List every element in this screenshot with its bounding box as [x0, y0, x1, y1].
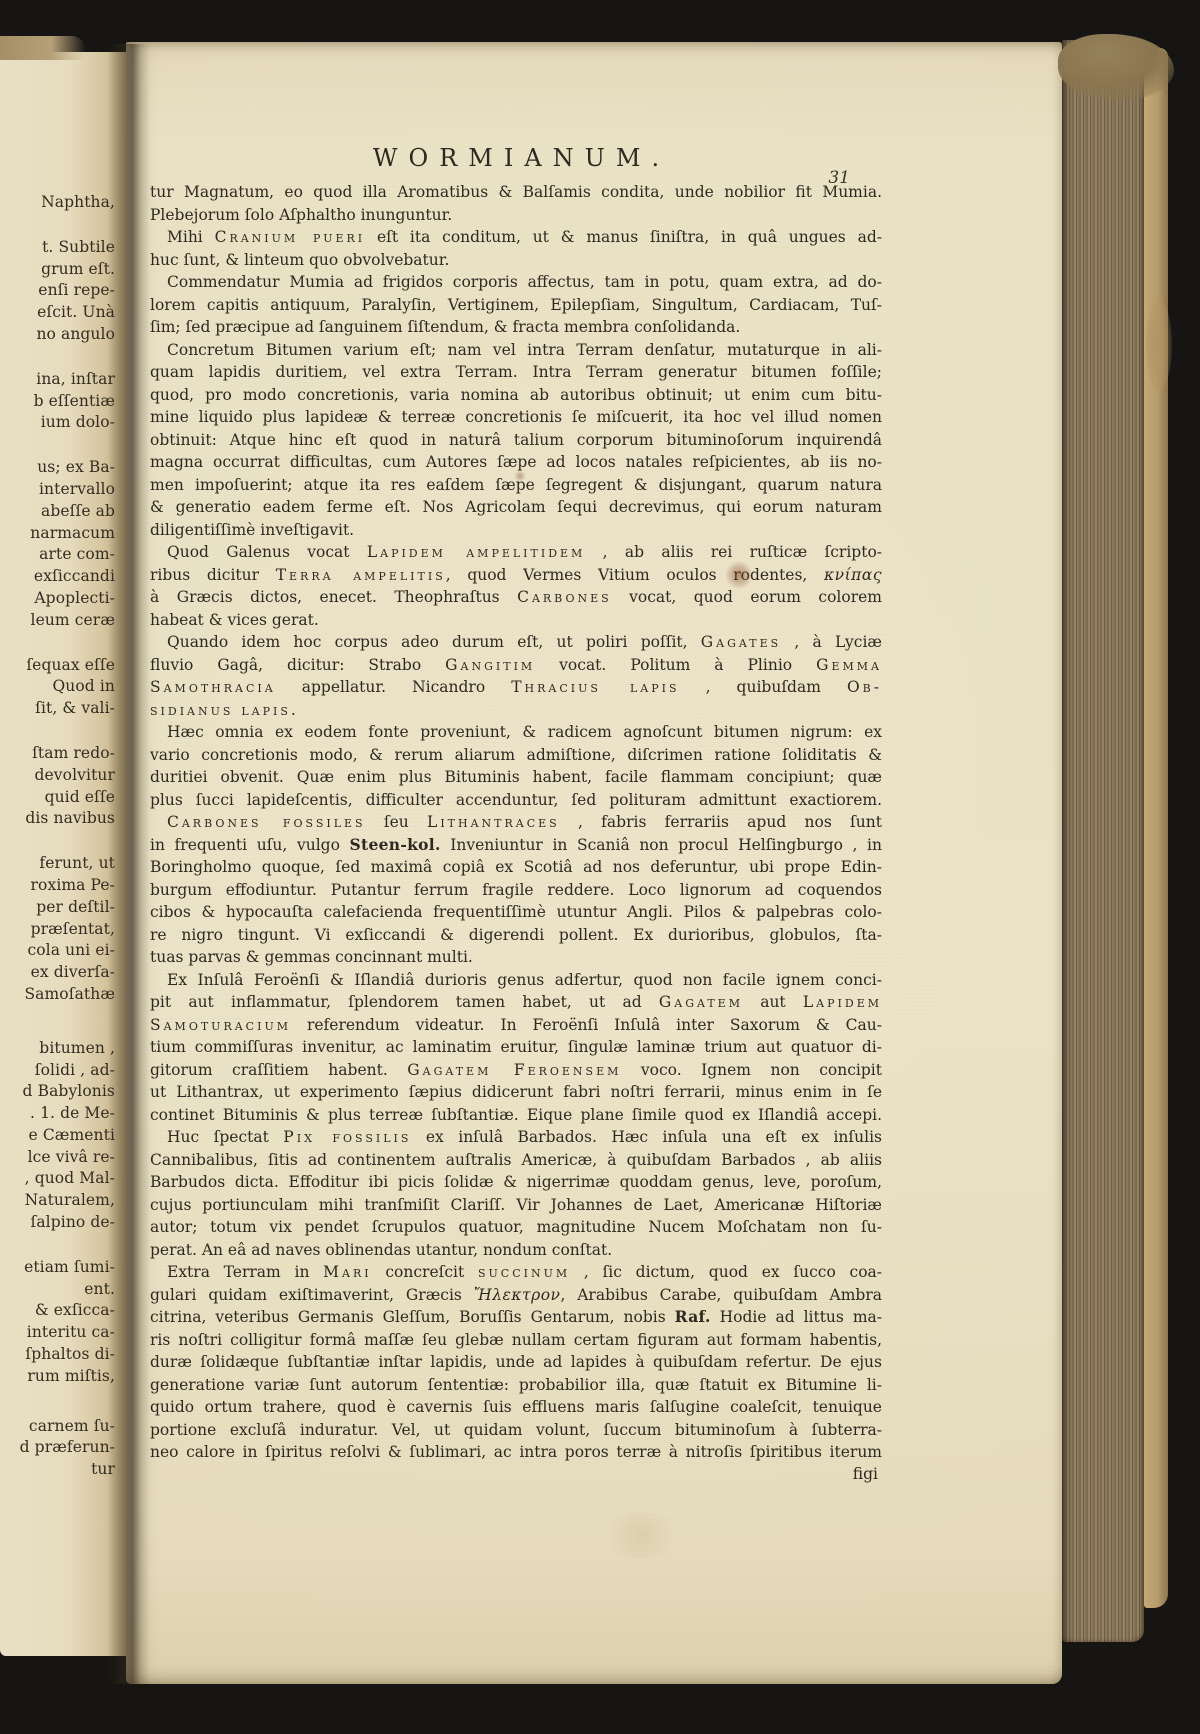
text-segment: , ſic dictum, quod ex ſucco coa-	[570, 1263, 882, 1281]
text-line: quam lapidis duritiem, vel extra Terram.…	[150, 361, 882, 384]
margin-fragment-group: carnem ſu-d præferun-tur	[0, 1416, 115, 1481]
text-segment: quido ortum trahere, quod è cavernis ſui…	[150, 1398, 882, 1416]
text-line: Concretum Bitumen varium eſt; nam vel in…	[150, 339, 882, 362]
text-segment: diligentiſſimè inveſtigavit.	[150, 521, 354, 539]
text-segment: aut	[743, 993, 803, 1011]
text-line: neo calore in ſpiritus reſolvi & ſublima…	[150, 1441, 882, 1464]
text-line: in frequenti uſu, vulgo Steen-kol. Inven…	[150, 834, 882, 857]
margin-fragment-group: ferunt, utroxima Pe-per deſtil-præſentat…	[0, 853, 115, 1006]
text-line: cujus portiunculam mihi tranſmiſit Clari…	[150, 1194, 882, 1217]
margin-fragment-line: , quod Mal-	[0, 1168, 115, 1190]
text-line: continet Bituminis & plus terreæ ſubſtan…	[150, 1104, 882, 1127]
text-segment: & generatio eadem ferme eſt. Nos Agricol…	[150, 498, 882, 516]
sc-text: Pix fossilis	[283, 1128, 411, 1146]
margin-fragment-line: præſentat,	[0, 919, 115, 941]
text-line: men impoſuerint; atque ita res eaſdem ſæ…	[150, 474, 882, 497]
text-segment: ſeu	[366, 813, 427, 831]
text-segment: Mihi	[167, 228, 215, 246]
text-segment: citrina, veteribus Germanis Gleſſum, Bor…	[150, 1308, 675, 1326]
margin-fragment-line: ina, inſtar	[0, 369, 115, 391]
margin-fragment-line: Apoplecti-	[0, 588, 115, 610]
text-line: à Græcis dictos, enecet. Theophraſtus Ca…	[150, 586, 882, 609]
text-line: lorem capitis antiquum, Paralyſin, Verti…	[150, 294, 882, 317]
text-segment: referendum videatur. In Feroënſi Inſulâ …	[291, 1016, 882, 1034]
worn-edge-patch	[1146, 300, 1172, 390]
text-segment: tur Magnatum, eo quod illa Aromatibus & …	[150, 183, 882, 201]
facing-page-text-column: Naphtha,t. Subtilegrum eſt.enſi repe-eſc…	[0, 192, 115, 1481]
sc-text: Lapidem	[803, 993, 882, 1011]
margin-fragment-line: quid eſſe	[0, 787, 115, 809]
margin-fragment-line: ſit, & vali-	[0, 698, 115, 720]
text-segment: obtinuit: Atque hinc eſt quod in naturâ …	[150, 431, 882, 449]
margin-fragment-line: ex diverſa-	[0, 962, 115, 984]
text-line: tium commiſſuras invenitur, ac laminatim…	[150, 1036, 882, 1059]
text-line: gulari quidam exiſtimaverint, Græcis Ἤλε…	[150, 1284, 882, 1307]
text-line: tuas parvas & gemmas concinnant multi.	[150, 946, 882, 969]
text-line: ribus dicitur Terra ampelitis, quod Verm…	[150, 564, 882, 587]
margin-fragment-line: bitumen ,	[0, 1038, 115, 1060]
sc-text: Gagates	[701, 633, 781, 651]
margin-fragment-line: intervallo	[0, 479, 115, 501]
sc-text: sidianus lapis.	[150, 701, 299, 719]
margin-fragment-group: ſtam redo-devolviturquid eſſedis navibus	[0, 743, 115, 830]
text-line: re nigro tingunt. Vi exſiccandi & digere…	[150, 924, 882, 947]
margin-fragment-group: bitumen ,ſolidi , ad-d Babylonis. 1. de …	[0, 1038, 115, 1234]
text-line: Huc ſpectat Pix fossilis ex inſulâ Barba…	[150, 1126, 882, 1149]
book-photo: Naphtha,t. Subtilegrum eſt.enſi repe-eſc…	[0, 0, 1200, 1734]
sc-text: Terra ampelitis	[276, 566, 446, 584]
text-line: Quando idem hoc corpus adeo durum eſt, u…	[150, 631, 882, 654]
margin-fragment-group: Naphtha,	[0, 192, 115, 214]
text-line: Carbones fossiles ſeu Lithantraces , fab…	[150, 811, 882, 834]
margin-fragment-line: ium dolo-	[0, 412, 115, 434]
sc-text: Thracius lapis	[511, 678, 679, 696]
text-line: pit aut inflammatur, ſplendorem tamen ha…	[150, 991, 882, 1014]
text-line: ſim; ſed præcipue ad ſanguinem ſiſtendum…	[150, 316, 882, 339]
text-line: duritiei obvenit. Quæ enim plus Bitumini…	[150, 766, 882, 789]
text-segment: vocat, quod eorum colorem	[612, 588, 882, 606]
text-segment: ribus dicitur	[150, 566, 276, 584]
book-page: WORMIANUM. 31 tur Magnatum, eo quod illa…	[126, 42, 1062, 1684]
text-line: mine liquido plus lapideæ & terreæ concr…	[150, 406, 882, 429]
sc-text: Gangitim	[445, 656, 535, 674]
text-line: Mihi Cranium pueri eſt ita conditum, ut …	[150, 226, 882, 249]
margin-fragment-line: e Cæmenti	[0, 1125, 115, 1147]
text-segment: Ex Inſulâ Feroënſi & Iſlandiâ durioris g…	[167, 971, 882, 989]
text-line: gitorum craſſitiem habent. Gagatem Feroe…	[150, 1059, 882, 1082]
text-segment: lorem capitis antiquum, Paralyſin, Verti…	[150, 296, 882, 314]
margin-fragment-line: no angulo	[0, 324, 115, 346]
text-line: fluvio Gagâ, dicitur: Strabo Gangitim vo…	[150, 654, 882, 677]
sc-text: Carbones fossiles	[167, 813, 366, 831]
margin-fragment-line: narmacum	[0, 523, 115, 545]
text-segment: Hæc omnia ex eodem fonte proveniunt, & r…	[167, 723, 882, 741]
text-segment: Plebejorum ſolo Aſphaltho inunguntur.	[150, 206, 452, 224]
text-segment: portione excluſâ induratur. Vel, ut quid…	[150, 1421, 882, 1439]
text-line: perat. An eâ ad naves oblinendas utantur…	[150, 1239, 882, 1262]
margin-fragment-group: t. Subtilegrum eſt.enſi repe-eſcit. Unàn…	[0, 237, 115, 346]
text-segment: tium commiſſuras invenitur, ac laminatim…	[150, 1038, 882, 1056]
text-segment: Extra Terram in	[167, 1263, 323, 1281]
margin-fragment-line: roxima Pe-	[0, 875, 115, 897]
margin-fragment-line: devolvitur	[0, 765, 115, 787]
text-line: burgum effodiuntur. Putantur ferrum frag…	[150, 879, 882, 902]
text-segment: in frequenti uſu, vulgo	[150, 836, 350, 854]
text-line: Hæc omnia ex eodem fonte proveniunt, & r…	[150, 721, 882, 744]
text-line: & generatio eadem ferme eſt. Nos Agricol…	[150, 496, 882, 519]
text-segment: burgum effodiuntur. Putantur ferrum frag…	[150, 881, 882, 899]
text-line: obtinuit: Atque hinc eſt quod in naturâ …	[150, 429, 882, 452]
sc-text: Gagatem	[659, 993, 743, 1011]
text-line: Quod Galenus vocat Lapidem ampelitidem ,…	[150, 541, 882, 564]
text-segment: concreſcit	[372, 1263, 478, 1281]
margin-fragment-line: ſequax eſſe	[0, 655, 115, 677]
text-segment: , fabris ferrariis apud nos ſunt	[560, 813, 882, 831]
text-line: citrina, veteribus Germanis Gleſſum, Bor…	[150, 1306, 882, 1329]
text-line: duræ ſolidæque ſubſtantiæ inſtar lapidis…	[150, 1351, 882, 1374]
margin-fragment-line: rum miſtis,	[0, 1366, 115, 1388]
text-line: diligentiſſimè inveſtigavit.	[150, 519, 882, 542]
facing-page-edge: Naphtha,t. Subtilegrum eſt.enſi repe-eſc…	[0, 52, 126, 1656]
margin-fragment-line: ſtam redo-	[0, 743, 115, 765]
margin-fragment-line: leum ceræ	[0, 610, 115, 632]
text-segment: , quod Vermes Vitium oculos rodentes,	[446, 566, 824, 584]
margin-fragment-line: ſolidi , ad-	[0, 1060, 115, 1082]
margin-fragment-group: ſequax eſſeQuod inſit, & vali-	[0, 655, 115, 720]
text-line: Samothracia appellatur. Nicandro Thraciu…	[150, 676, 882, 699]
text-segment: mine liquido plus lapideæ & terreæ concr…	[150, 408, 882, 426]
text-segment: ſim; ſed præcipue ad ſanguinem ſiſtendum…	[150, 318, 740, 336]
sc-text: Gagatem Feroensem	[407, 1061, 621, 1079]
text-line: sidianus lapis.	[150, 699, 882, 722]
page-text: tur Magnatum, eo quod illa Aromatibus & …	[150, 181, 882, 1464]
paper-stain	[596, 1512, 686, 1558]
text-segment: continet Bituminis & plus terreæ ſubſtan…	[150, 1106, 882, 1124]
text-line: autor; totum vix pendet ſcrupulos quatuo…	[150, 1216, 882, 1239]
text-segment: duritiei obvenit. Quæ enim plus Bitumini…	[150, 768, 882, 786]
frak-text: Raf.	[675, 1307, 711, 1326]
text-segment: re nigro tingunt. Vi exſiccandi & digere…	[150, 926, 882, 944]
text-line: huc ſunt, & linteum quo obvolvebatur.	[150, 249, 882, 272]
text-segment: Commendatur Mumia ad frigidos corporis a…	[167, 273, 882, 291]
text-line: plus ſucci lapideſcentis, difficulter ac…	[150, 789, 882, 812]
text-line: habeat & vices gerat.	[150, 609, 882, 632]
text-segment: Huc ſpectat	[167, 1128, 283, 1146]
text-line: Extra Terram in Mari concreſcit succinum…	[150, 1261, 882, 1284]
text-line: Ex Inſulâ Feroënſi & Iſlandiâ durioris g…	[150, 969, 882, 992]
sc-text: Ob-	[847, 678, 882, 696]
text-segment: ris noſtri colligitur formâ maſſæ ſeu gl…	[150, 1331, 882, 1349]
text-segment: gitorum craſſitiem habent.	[150, 1061, 407, 1079]
margin-fragment-line: Quod in	[0, 676, 115, 698]
margin-fragment-line: us; ex Ba-	[0, 457, 115, 479]
text-segment: , à Lyciæ	[781, 633, 882, 651]
greek-text: κνίπας	[824, 566, 882, 584]
margin-fragment-line: enſi repe-	[0, 280, 115, 302]
text-segment: Quod Galenus vocat	[167, 543, 367, 561]
text-segment: Concretum Bitumen varium eſt; nam vel in…	[167, 341, 882, 359]
text-line: Samoturacium referendum videatur. In Fer…	[150, 1014, 882, 1037]
margin-fragment-line: ent.	[0, 1279, 115, 1301]
margin-fragment-line: & exſicca-	[0, 1300, 115, 1322]
text-line: ut Lithantrax, ut experimento ſæpius did…	[150, 1081, 882, 1104]
outer-page-edge	[1144, 48, 1168, 1608]
margin-fragment-line: arte com-	[0, 544, 115, 566]
text-segment: Quando idem hoc corpus adeo durum eſt, u…	[167, 633, 701, 651]
text-segment: cujus portiunculam mihi tranſmiſit Clari…	[150, 1196, 882, 1214]
text-line: Plebejorum ſolo Aſphaltho inunguntur.	[150, 204, 882, 227]
text-line: cibos & hypocauſta calefacienda frequent…	[150, 901, 882, 924]
text-segment: ut Lithantrax, ut experimento ſæpius did…	[150, 1083, 882, 1101]
margin-fragment-line: grum eſt.	[0, 259, 115, 281]
sc-text: Carbones	[517, 588, 612, 606]
sc-text: Mari	[323, 1263, 371, 1281]
catchword: figi	[150, 1463, 882, 1486]
text-segment: generatione variæ ſunt autorum ſententiæ…	[150, 1376, 882, 1394]
margin-fragment-group: us; ex Ba-intervalloabeſſe abnarmacumart…	[0, 457, 115, 631]
text-segment: Boringholmo quoque, ſed maximâ copiâ ex …	[150, 858, 882, 876]
margin-fragment-line: dis navibus	[0, 808, 115, 830]
text-segment: neo calore in ſpiritus reſolvi & ſublima…	[150, 1443, 882, 1461]
text-segment: gulari quidam exiſtimaverint, Græcis	[150, 1286, 474, 1304]
margin-fragment-line: eſcit. Unà	[0, 302, 115, 324]
sc-text: Cranium pueri	[215, 228, 366, 246]
margin-fragment-line: d præferun-	[0, 1437, 115, 1459]
text-line: quod, pro modo concretionis, varia nomin…	[150, 384, 882, 407]
text-line: Boringholmo quoque, ſed maximâ copiâ ex …	[150, 856, 882, 879]
text-segment: vocat. Politum à Plinio	[535, 656, 816, 674]
margin-fragment-line: carnem ſu-	[0, 1416, 115, 1438]
torn-paper-corner	[0, 36, 86, 60]
text-line: tur Magnatum, eo quod illa Aromatibus & …	[150, 181, 882, 204]
text-line: vario concretionis modo, & rerum aliarum…	[150, 744, 882, 767]
text-segment: Cannibalibus, ſitis ad continentem auſtr…	[150, 1151, 882, 1169]
fore-edge	[1060, 40, 1168, 1642]
margin-fragment-line: tur	[0, 1459, 115, 1481]
margin-fragment-group: ina, inſtarb eſſentiæium dolo-	[0, 369, 115, 434]
greek-text: Ἤλεκτρον	[474, 1286, 561, 1304]
text-segment: cibos & hypocauſta calefacienda frequent…	[150, 903, 882, 921]
text-segment: fluvio Gagâ, dicitur: Strabo	[150, 656, 445, 674]
page-header: WORMIANUM. 31	[150, 144, 882, 184]
text-segment: huc ſunt, & linteum quo obvolvebatur.	[150, 251, 449, 269]
text-segment: Hodie ad littus ma-	[711, 1308, 882, 1326]
margin-fragment-line: b eſſentiæ	[0, 391, 115, 413]
sc-text: Lithantraces	[427, 813, 560, 831]
margin-fragment-line: lce vivâ re-	[0, 1147, 115, 1169]
page-stack-edges	[1062, 40, 1144, 1642]
margin-fragment-line: exſiccandi	[0, 566, 115, 588]
text-line: generatione variæ ſunt autorum ſententiæ…	[150, 1374, 882, 1397]
margin-fragment-line: ſalpino de-	[0, 1212, 115, 1234]
text-line: ris noſtri colligitur formâ maſſæ ſeu gl…	[150, 1329, 882, 1352]
text-segment: , Arabibus Carabe, quibuſdam Ambra	[560, 1286, 882, 1304]
margin-fragment-line: Samoſathæ	[0, 984, 115, 1006]
sc-text: Gemma	[816, 656, 882, 674]
text-segment: tuas parvas & gemmas concinnant multi.	[150, 948, 473, 966]
text-segment: Inveniuntur in Scaniâ non procul Helſing…	[441, 836, 882, 854]
margin-fragment-line: d Babylonis	[0, 1081, 115, 1103]
text-segment: quod, pro modo concretionis, varia nomin…	[150, 386, 882, 404]
text-segment: perat. An eâ ad naves oblinendas utantur…	[150, 1241, 612, 1259]
margin-fragment-line: . 1. de Me-	[0, 1103, 115, 1125]
sc-text: succinum	[478, 1263, 570, 1281]
margin-fragment-line: interitu ca-	[0, 1322, 115, 1344]
text-segment: habeat & vices gerat.	[150, 611, 319, 629]
text-line: magna occurrat difficultas, cum Autores …	[150, 451, 882, 474]
text-line: Cannibalibus, ſitis ad continentem auſtr…	[150, 1149, 882, 1172]
margin-fragment-line: per deſtil-	[0, 897, 115, 919]
text-line: Barbudos dicta. Effoditur ibi picis ſoli…	[150, 1171, 882, 1194]
text-segment: appellatur. Nicandro	[276, 678, 512, 696]
text-segment: plus ſucci lapideſcentis, difficulter ac…	[150, 791, 882, 809]
text-segment: , quibuſdam	[680, 678, 847, 696]
text-segment: voco. Ignem non concipit	[621, 1061, 882, 1079]
text-segment: duræ ſolidæque ſubſtantiæ inſtar lapidis…	[150, 1353, 882, 1371]
text-line: Commendatur Mumia ad frigidos corporis a…	[150, 271, 882, 294]
text-segment: vario concretionis modo, & rerum aliarum…	[150, 746, 882, 764]
text-line: quido ortum trahere, quod è cavernis ſui…	[150, 1396, 882, 1419]
sc-text: Samoturacium	[150, 1016, 291, 1034]
margin-fragment-line: ſphaltos di-	[0, 1344, 115, 1366]
margin-fragment-line: Naphtha,	[0, 192, 115, 214]
margin-fragment-line: abeſſe ab	[0, 501, 115, 523]
text-segment: magna occurrat difficultas, cum Autores …	[150, 453, 882, 471]
text-line: portione excluſâ induratur. Vel, ut quid…	[150, 1419, 882, 1442]
sc-text: Lapidem ampelitidem	[367, 543, 586, 561]
margin-fragment-line: t. Subtile	[0, 237, 115, 259]
margin-fragment-line: Naturalem,	[0, 1190, 115, 1212]
margin-fragment-line: etiam ſumi-	[0, 1257, 115, 1279]
text-segment: pit aut inflammatur, ſplendorem tamen ha…	[150, 993, 659, 1011]
sc-text: Samothracia	[150, 678, 276, 696]
text-segment: , ab aliis rei ruſticæ ſcripto-	[585, 543, 882, 561]
margin-fragment-line: ferunt, ut	[0, 853, 115, 875]
frak-text: Steen-kol.	[350, 835, 441, 854]
margin-fragment-line: cola uni ei-	[0, 940, 115, 962]
running-head: WORMIANUM.	[150, 144, 882, 172]
text-segment: eſt ita conditum, ut & manus ſiniſtra, i…	[365, 228, 882, 246]
text-segment: quam lapidis duritiem, vel extra Terram.…	[150, 363, 882, 381]
margin-fragment-group: etiam ſumi-ent.& exſicca-interitu ca-ſph…	[0, 1257, 115, 1388]
text-segment: autor; totum vix pendet ſcrupulos quatuo…	[150, 1218, 882, 1236]
text-segment: Barbudos dicta. Effoditur ibi picis ſoli…	[150, 1173, 882, 1191]
text-segment: ex inſulâ Barbados. Hæc inſula una eſt e…	[411, 1128, 882, 1146]
text-segment: men impoſuerint; atque ita res eaſdem ſæ…	[150, 476, 882, 494]
text-segment: à Græcis dictos, enecet. Theophraſtus	[150, 588, 517, 606]
